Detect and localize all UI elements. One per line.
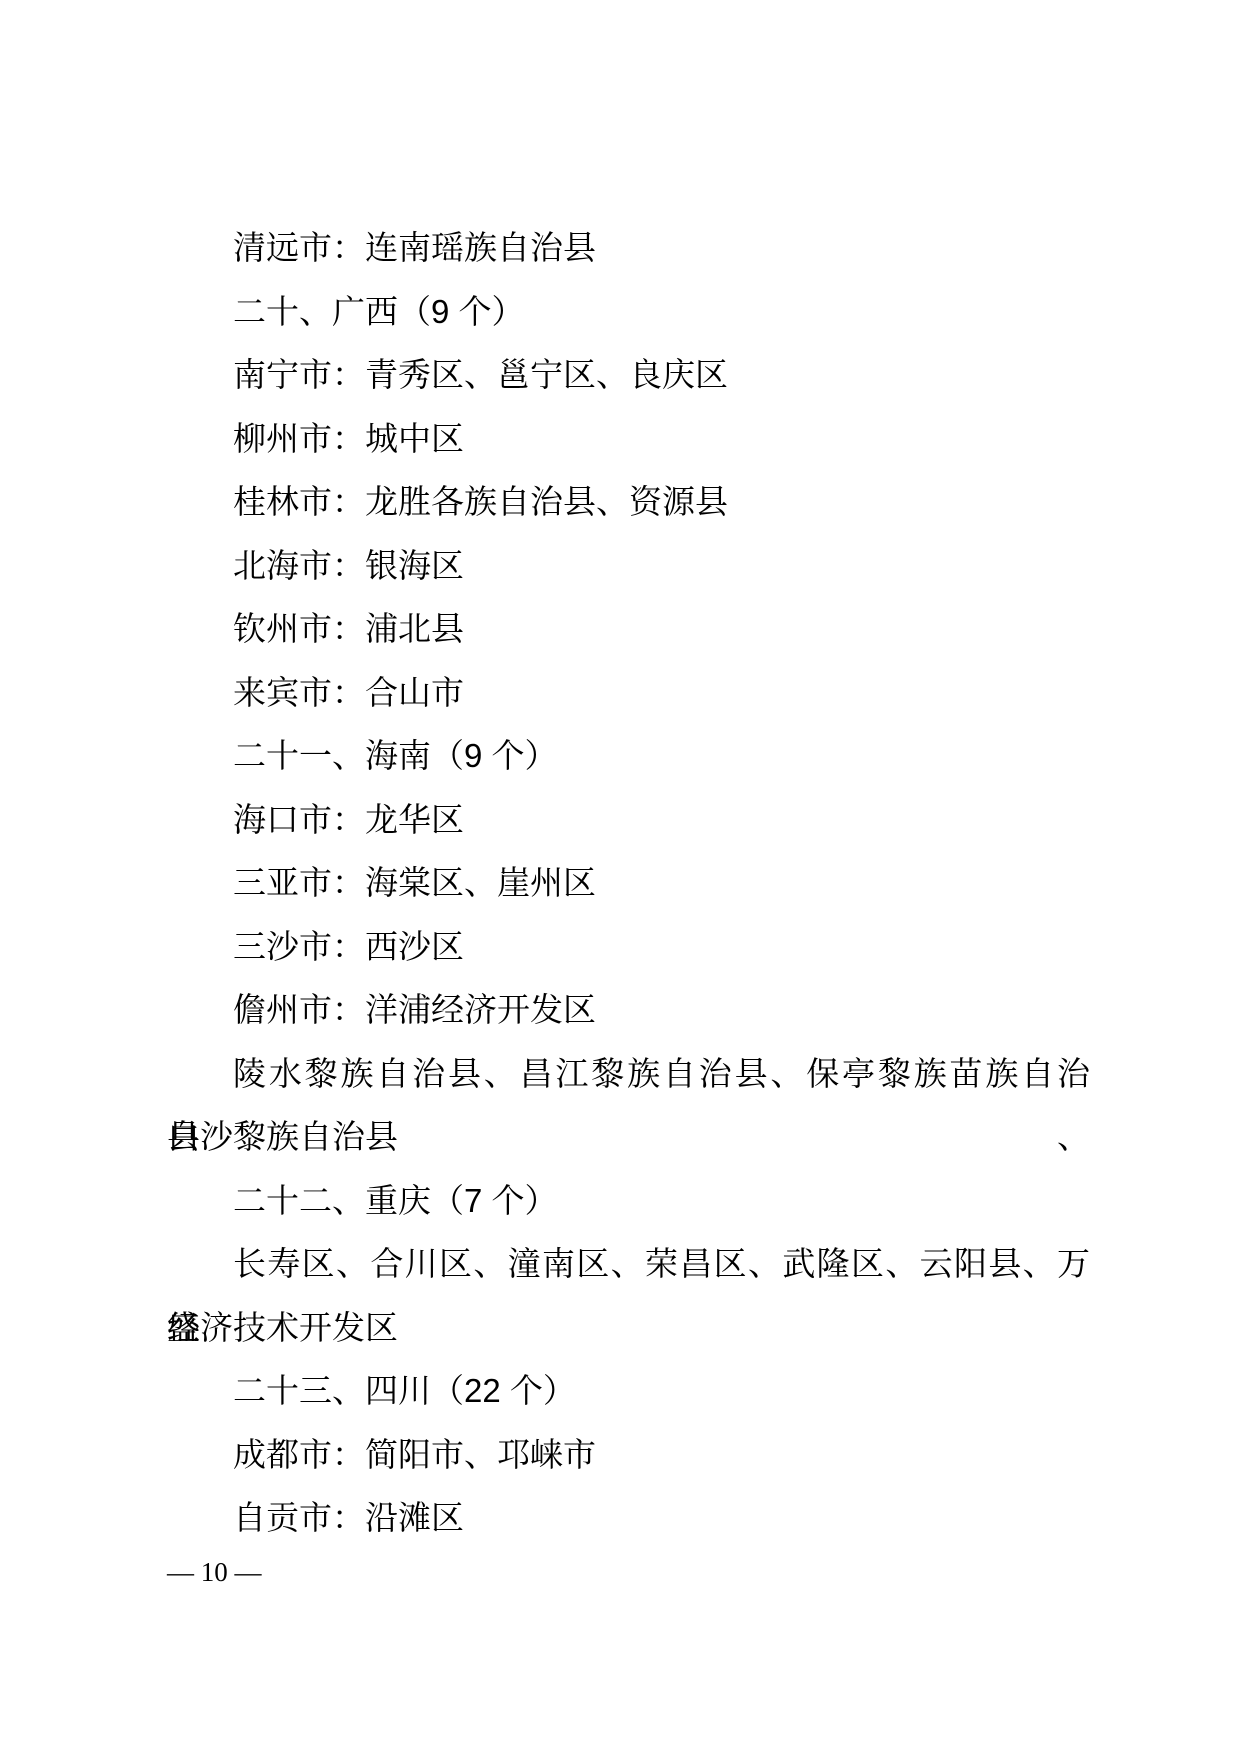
section-heading-chongqing: 二十二、重庆（7 个） (167, 1169, 1090, 1233)
document-line-guilin: 桂林市：龙胜各族自治县、资源县 (167, 470, 1090, 534)
document-line-haikou: 海口市：龙华区 (167, 788, 1090, 852)
document-line-zigong: 自贡市：沿滩区 (167, 1486, 1090, 1550)
section-heading-guangxi: 二十、广西（9 个） (167, 280, 1090, 344)
document-line-sansha: 三沙市：西沙区 (167, 915, 1090, 979)
document-line-sanya: 三亚市：海棠区、崖州区 (167, 851, 1090, 915)
document-line-wansheng-zone: 经济技术开发区 (167, 1296, 1090, 1360)
document-line-liuzhou: 柳州市：城中区 (167, 407, 1090, 471)
section-heading-sichuan: 二十三、四川（22 个） (167, 1359, 1090, 1423)
page-number: — 10 — (167, 1556, 262, 1588)
document-line-qinzhou: 钦州市：浦北县 (167, 597, 1090, 661)
document-line-chongqing-districts: 长寿区、合川区、潼南区、荣昌区、武隆区、云阳县、万盛 (167, 1232, 1090, 1296)
document-body: 清远市：连南瑶族自治县 二十、广西（9 个） 南宁市：青秀区、邕宁区、良庆区 柳… (167, 216, 1090, 1550)
document-line-danzhou: 儋州市：洋浦经济开发区 (167, 978, 1090, 1042)
document-line-laibin: 来宾市：合山市 (167, 661, 1090, 725)
document-line-hainan-counties: 陵水黎族自治县、昌江黎族自治县、保亭黎族苗族自治县、 (167, 1042, 1090, 1106)
document-page: 清远市：连南瑶族自治县 二十、广西（9 个） 南宁市：青秀区、邕宁区、良庆区 柳… (0, 0, 1241, 1755)
document-line-nanning: 南宁市：青秀区、邕宁区、良庆区 (167, 343, 1090, 407)
section-heading-hainan: 二十一、海南（9 个） (167, 724, 1090, 788)
document-line-qingyuan: 清远市：连南瑶族自治县 (167, 216, 1090, 280)
document-line-beihai: 北海市：银海区 (167, 534, 1090, 598)
document-line-chengdu: 成都市：简阳市、邛崃市 (167, 1423, 1090, 1487)
